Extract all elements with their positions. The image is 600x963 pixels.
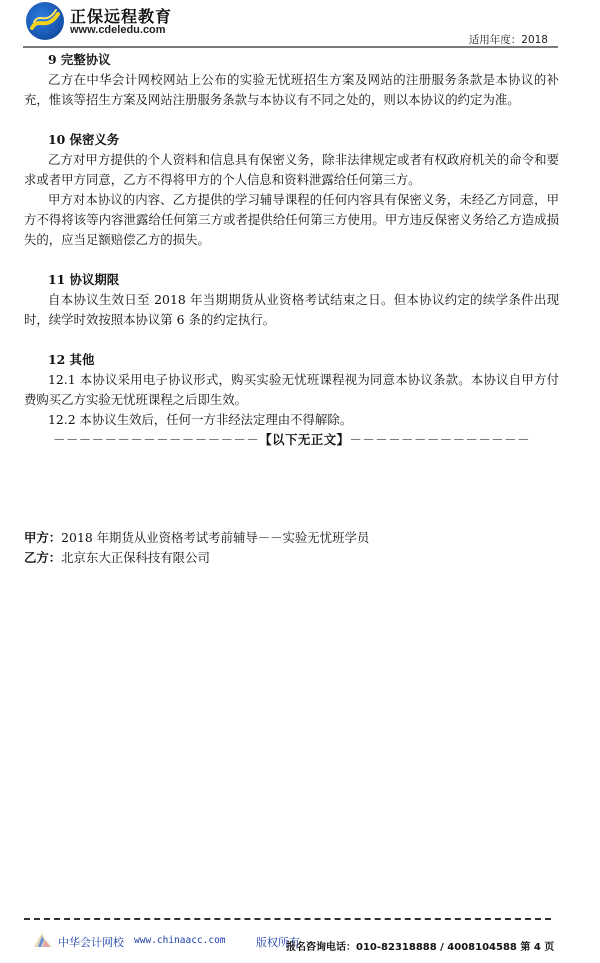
footer-school-url[interactable]: www.chinaacc.com: [134, 935, 226, 946]
party-a: 甲方：2018 年期货从业资格考试考前辅导－－实验无忧班学员: [24, 528, 369, 548]
cdeledu-logo-icon: [26, 2, 64, 40]
chinaacc-logo-icon: [32, 931, 54, 949]
footer-divider: [24, 918, 551, 920]
section-title-other: 12 其他: [24, 350, 559, 370]
paragraph: 12.2 本协议生效后，任何一方非经法定理由不得解除。: [24, 410, 559, 430]
dash-line-right: －－－－－－－－－－－－－－: [350, 432, 530, 447]
paragraph: 12.1 本协议采用电子协议形式，购买实验无忧班课程视为同意本协议条款。本协议自…: [24, 370, 559, 410]
party-b-label: 乙方：: [24, 550, 61, 565]
header-divider: [23, 46, 558, 48]
footer-school-name: 中华会计网校: [58, 934, 124, 950]
brand-url: www.cdeledu.com: [70, 24, 166, 36]
section-title-complete-agreement: 9 完整协议: [24, 50, 559, 70]
party-a-value: 2018 年期货从业资格考试考前辅导－－实验无忧班学员: [61, 530, 369, 545]
applicable-year: 适用年度：2018: [469, 32, 548, 47]
section-title-term: 11 协议期限: [24, 270, 559, 290]
document-body: 9 完整协议 乙方在中华会计网校网站上公布的实验无忧班招生方案及网站的注册服务条…: [24, 50, 559, 450]
party-a-label: 甲方：: [24, 530, 61, 545]
footer-contact-and-page: 报名咨询电话：010-82318888 / 4008104588 第 4 页: [286, 938, 554, 953]
party-b-value: 北京东大正保科技有限公司: [61, 550, 210, 565]
page-footer: 中华会计网校 www.chinaacc.com 版权所有 报名咨询电话：010-…: [24, 932, 564, 952]
paragraph: 自本协议生效日至 2018 年当期期货从业资格考试结束之日。但本协议约定的续学条…: [24, 290, 559, 330]
end-of-text-label: 【以下无正文】: [259, 432, 349, 447]
page-header: 正保远程教育 www.cdeledu.com 适用年度：2018: [0, 0, 600, 48]
end-of-text-marker: －－－－－－－－－－－－－－－－【以下无正文】－－－－－－－－－－－－－－: [24, 430, 559, 450]
dash-line-left: －－－－－－－－－－－－－－－－: [53, 432, 259, 447]
party-b: 乙方：北京东大正保科技有限公司: [24, 548, 369, 568]
paragraph: 乙方在中华会计网校网站上公布的实验无忧班招生方案及网站的注册服务条款是本协议的补…: [24, 70, 559, 110]
paragraph: 甲方对本协议的内容、乙方提供的学习辅导课程的任何内容具有保密义务，未经乙方同意，…: [24, 190, 559, 250]
paragraph: 乙方对甲方提供的个人资料和信息具有保密义务，除非法律规定或者有权政府机关的命令和…: [24, 150, 559, 190]
parties-block: 甲方：2018 年期货从业资格考试考前辅导－－实验无忧班学员 乙方：北京东大正保…: [24, 528, 369, 568]
section-title-confidentiality: 10 保密义务: [24, 130, 559, 150]
